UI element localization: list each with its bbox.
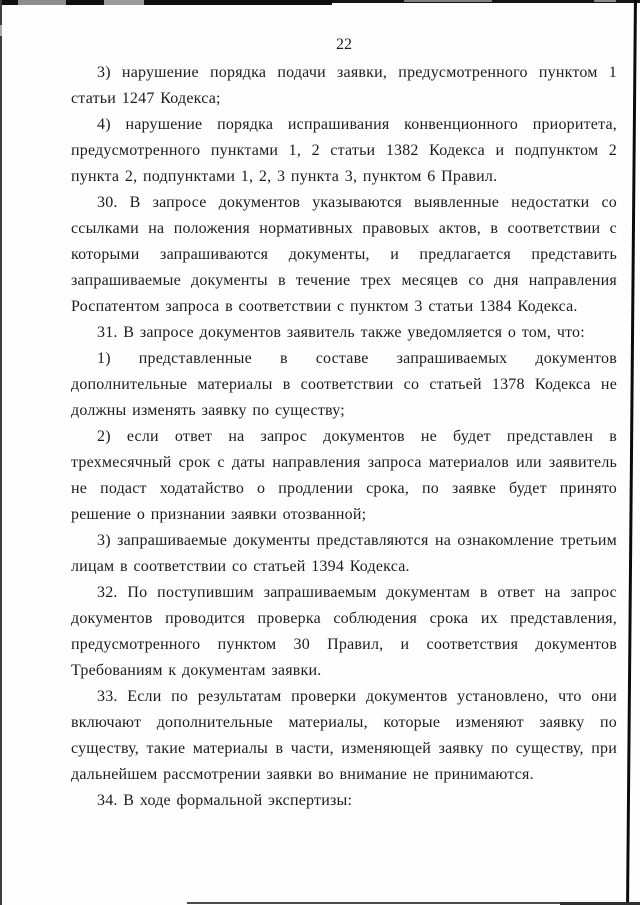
paragraph: 2) если ответ на запрос документов не бу…	[71, 424, 617, 528]
page-number: 22	[71, 36, 617, 54]
paragraph: 31. В запросе документов заявитель также…	[71, 320, 617, 346]
scan-edge-gray-segment	[404, 0, 492, 2]
paragraph: 1) представленные в составе запрашиваемы…	[71, 346, 617, 424]
document-page: 22 3) нарушение порядка подачи заявки, п…	[0, 0, 640, 905]
scan-edge-left	[0, 0, 2, 905]
document-body: 3) нарушение порядка подачи заявки, пред…	[71, 60, 617, 814]
paragraph: 3) запрашиваемые документы представляютс…	[71, 528, 617, 580]
paragraph: 34. В ходе формальной экспертизы:	[71, 788, 617, 814]
scan-edge-gray-segment	[594, 0, 616, 2]
paragraph: 33. Если по результатам проверки докумен…	[71, 684, 617, 788]
paragraph: 4) нарушение порядка испрашивания конвен…	[71, 112, 617, 190]
paragraph: 30. В запросе документов указываются выя…	[71, 190, 617, 320]
scan-speck	[0, 25, 2, 36]
scan-edge-gray-segment	[104, 0, 144, 5]
scan-edge-right	[626, 0, 637, 905]
paragraph: 3) нарушение порядка подачи заявки, пред…	[71, 60, 617, 112]
scan-edge-gray-segment	[18, 0, 66, 5]
paragraph: 32. По поступившим запрашиваемым докумен…	[71, 580, 617, 684]
scan-edge-top	[0, 0, 640, 3]
